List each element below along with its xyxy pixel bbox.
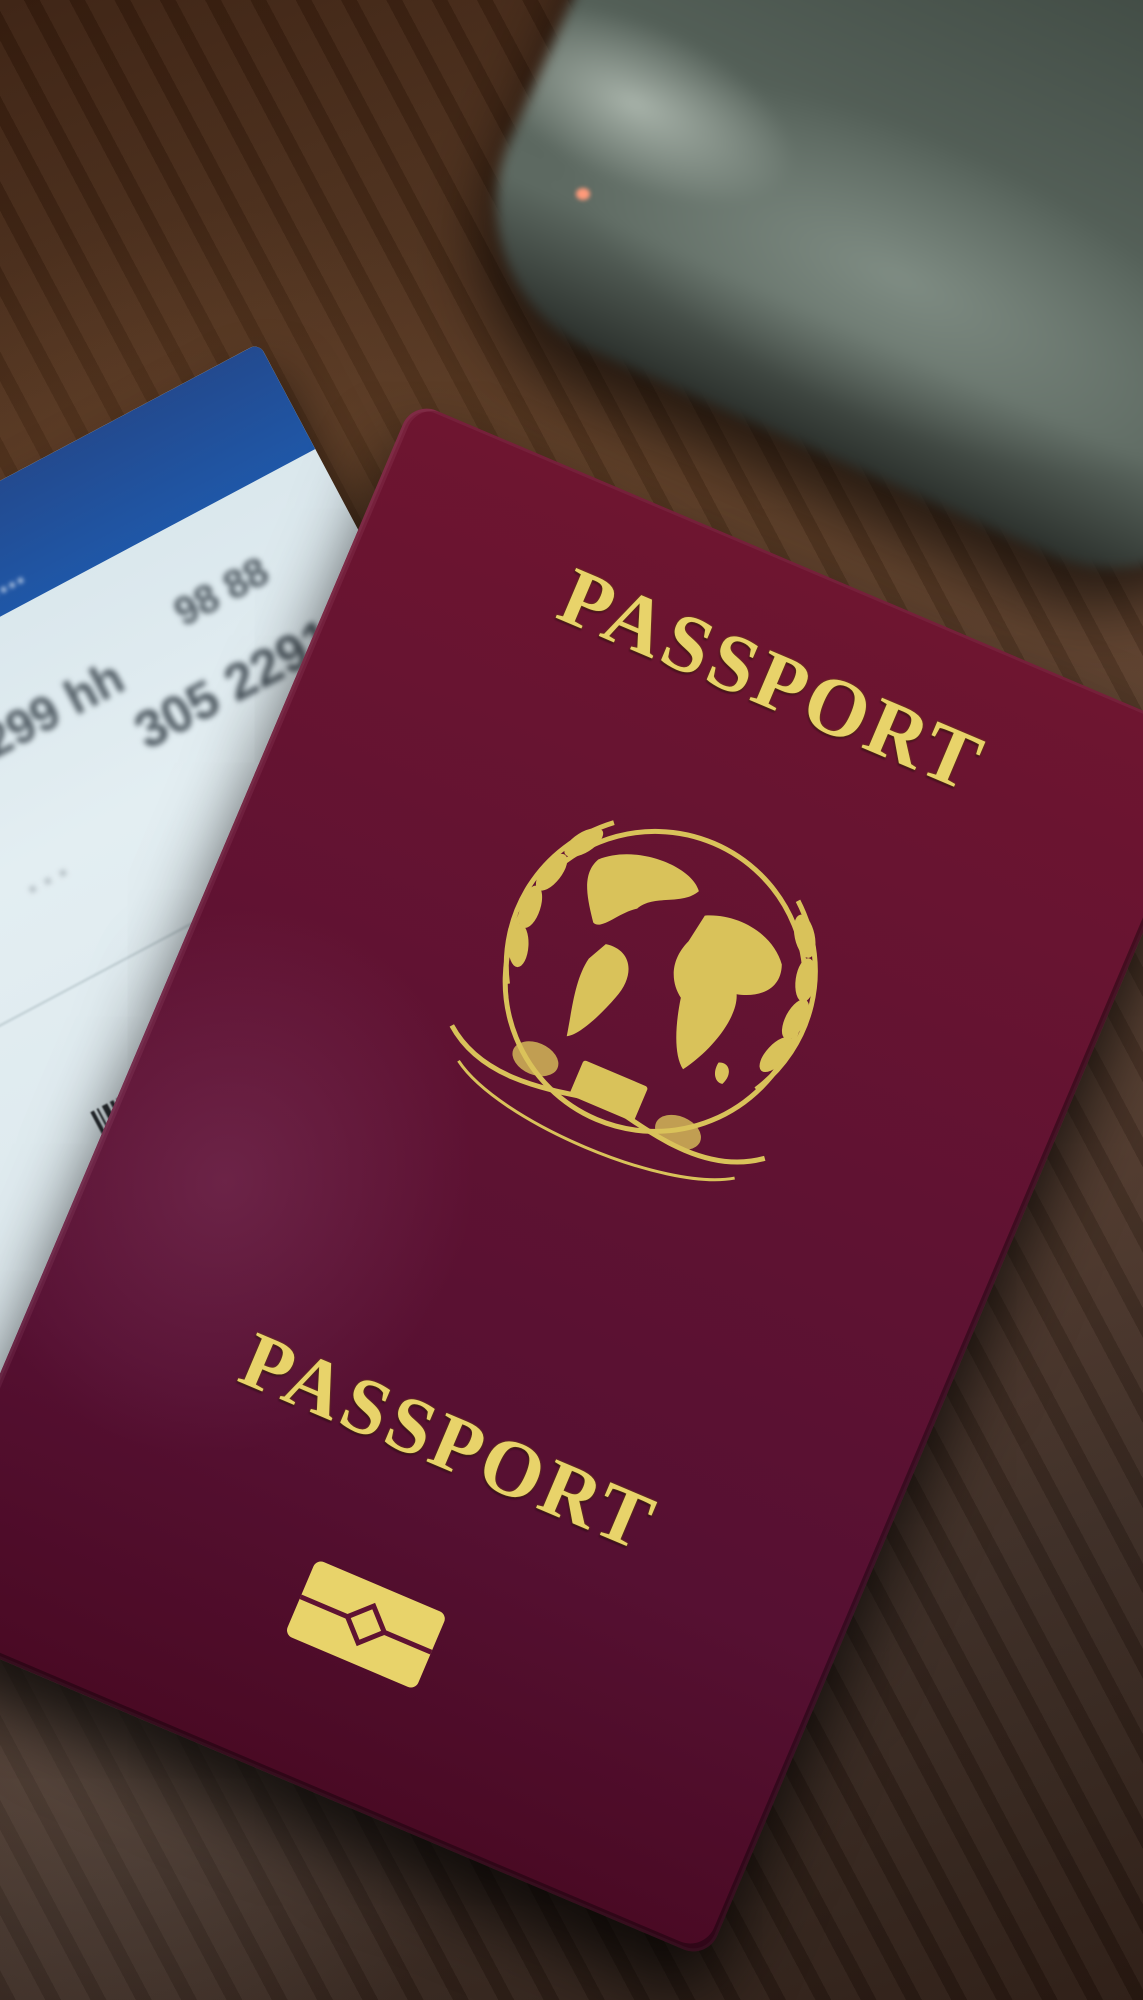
light-reflection — [576, 188, 590, 200]
boarding-pass-field: · · · — [22, 856, 75, 905]
boarding-pass-field: 98 88 — [167, 549, 277, 636]
boarding-pass-field: 299 hh — [0, 650, 133, 770]
